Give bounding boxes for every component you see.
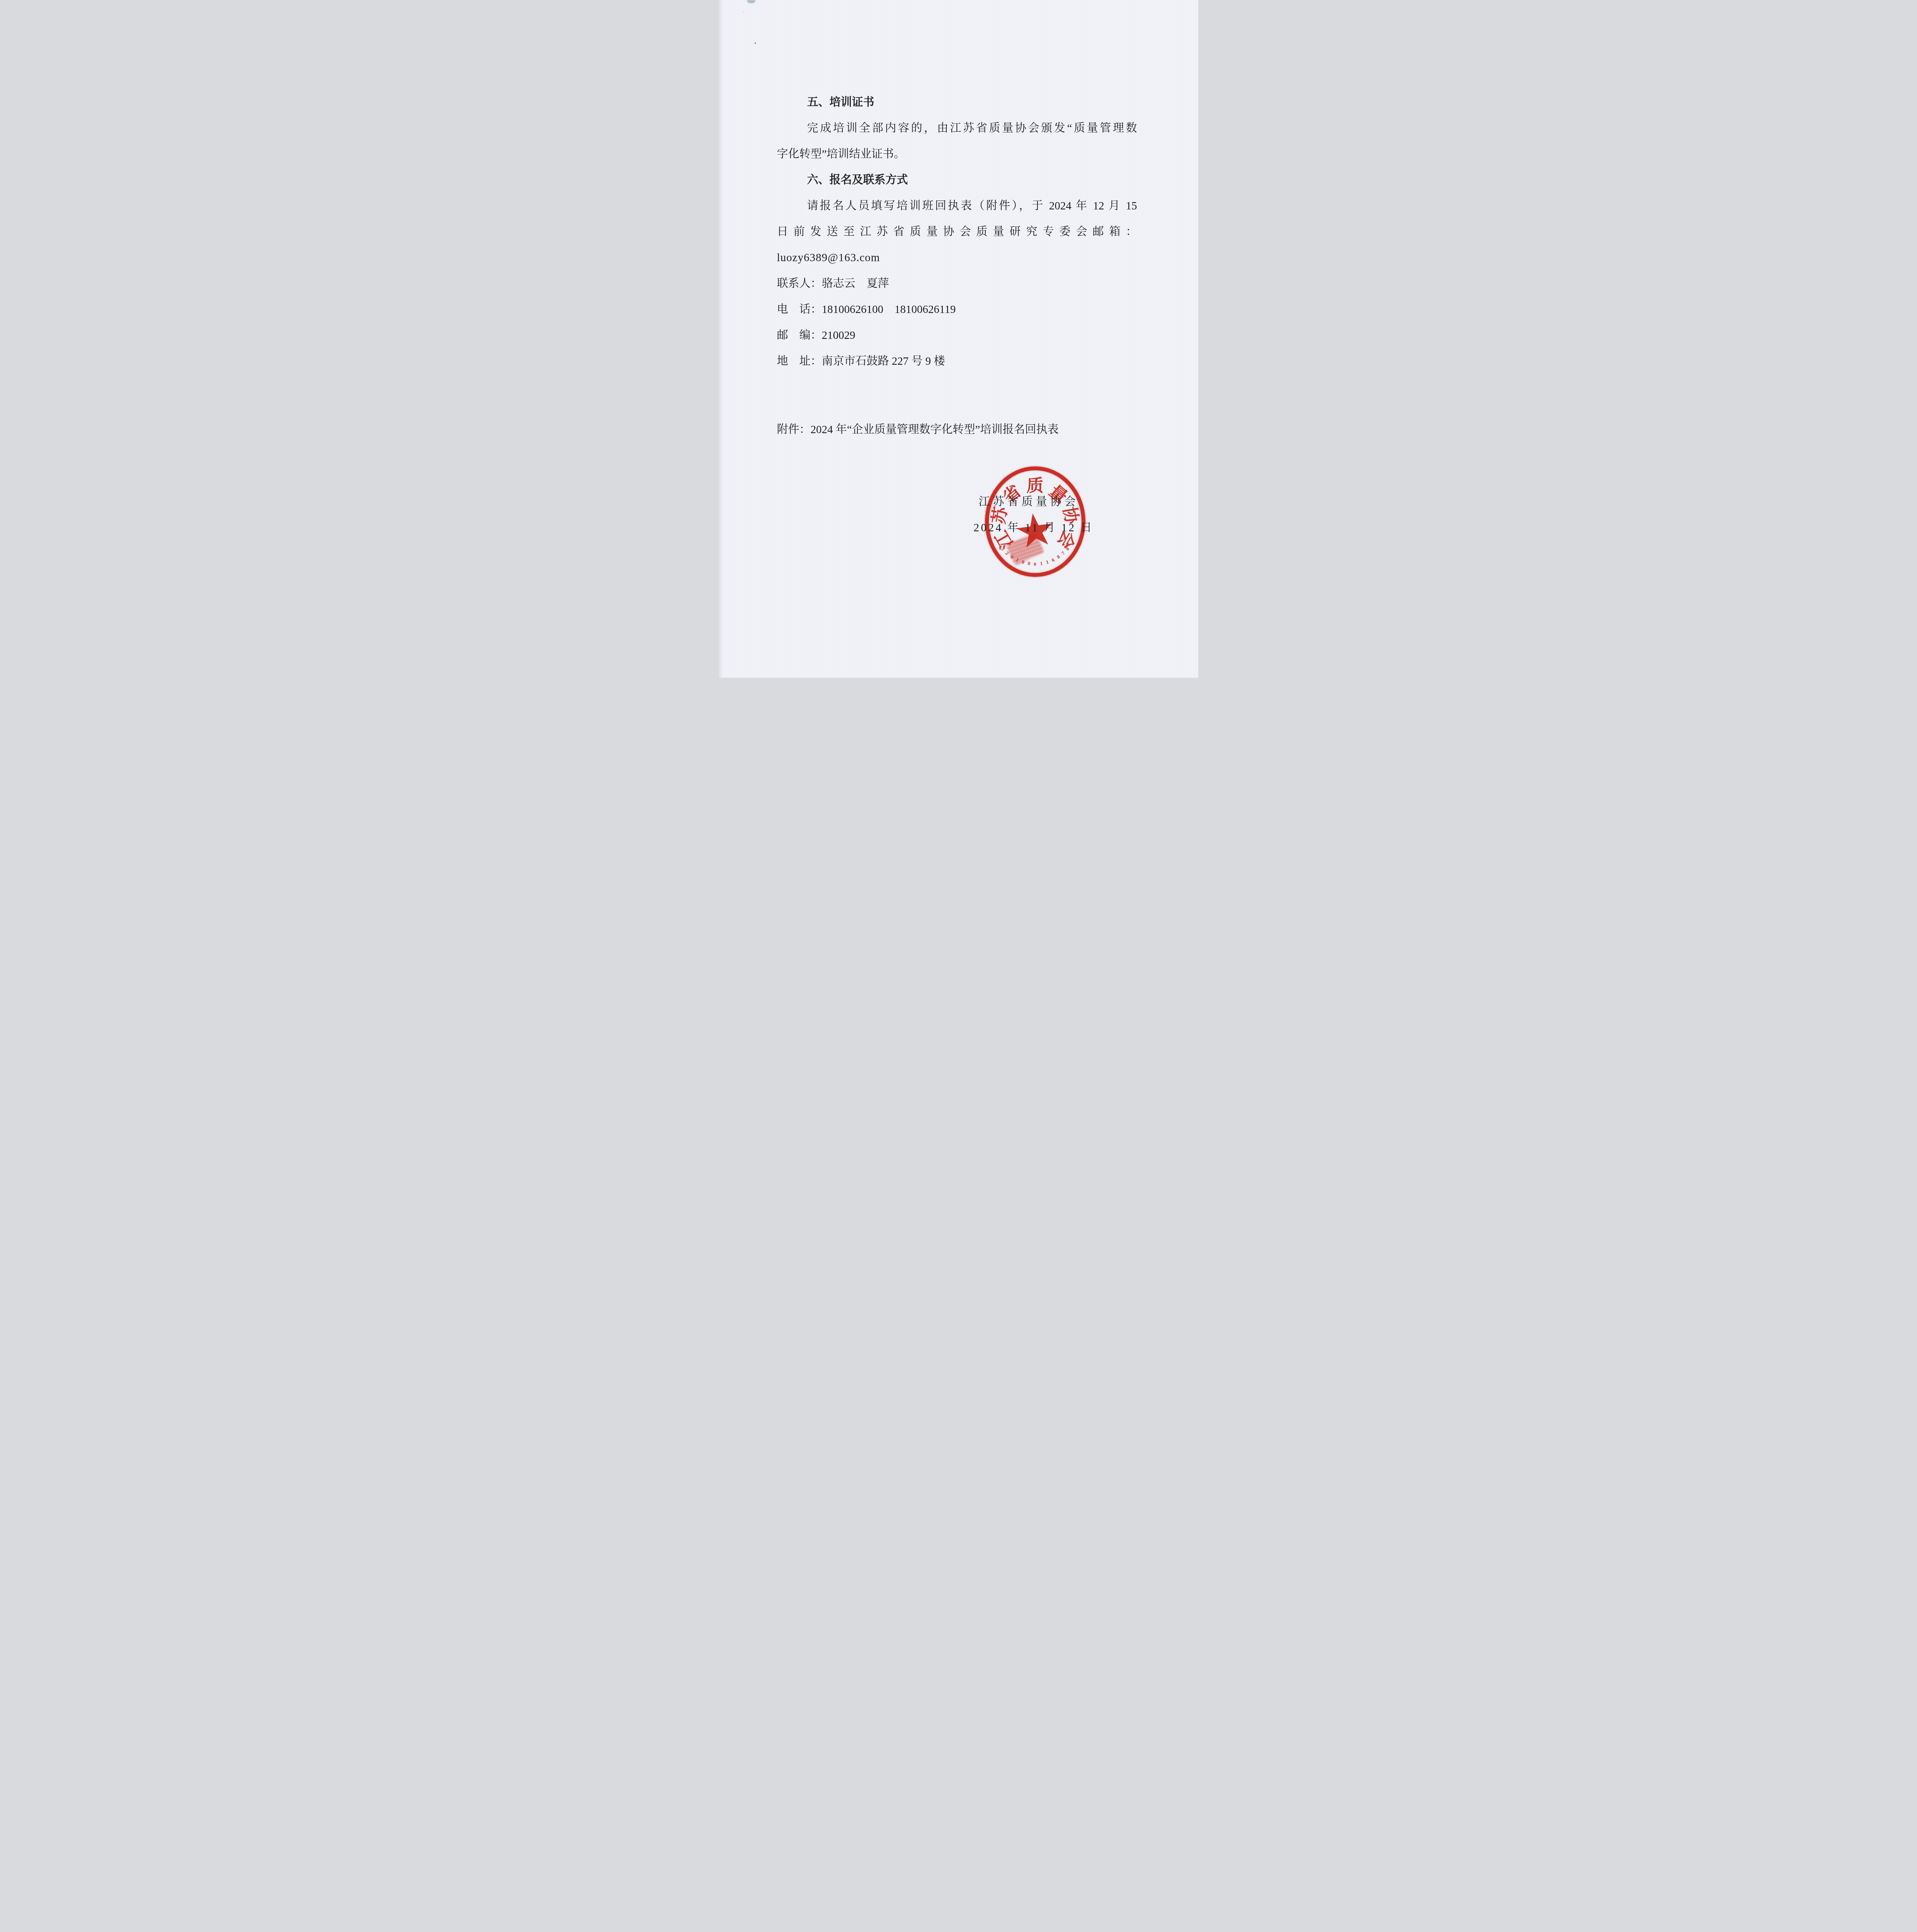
scan-speck: [755, 43, 756, 44]
section6-heading: 六、报名及联系方式: [777, 167, 1137, 193]
scan-speck: [743, 12, 744, 12]
seal-serial-digit: 1: [1039, 561, 1043, 566]
contact-email: luozy6389@163.com: [777, 245, 1137, 271]
section5-line1: 完成培训全部内容的，由江苏省质量协会颁发“质量管理数: [777, 116, 1137, 141]
signature-date: 2024 年 11 月 12 日: [777, 515, 1137, 541]
section6-line2: 日前发送至江苏省质量协会质量研究专委会邮箱：: [777, 219, 1137, 245]
section6-line1: 请报名人员填写培训班回执表（附件），于 2024 年 12 月 15: [777, 193, 1137, 219]
seal-serial-digit: 0: [1027, 561, 1031, 566]
section5-line2: 字化转型”培训结业证书。: [777, 141, 1137, 167]
scan-smudge: [747, 0, 755, 3]
seal-serial-digit: 0: [1034, 561, 1036, 566]
signature-org: 江苏省质量协会: [777, 489, 1137, 515]
contact-postcode: 邮 编：210029: [777, 323, 1137, 349]
contact-address: 地 址：南京市石鼓路 227 号 9 楼: [777, 349, 1137, 374]
attachment-line: 附件：2024 年“企业质量管理数字化转型”培训报名回执表: [777, 417, 1137, 443]
section5-heading: 五、培训证书: [777, 90, 1137, 116]
contact-phone: 电 话：18100626100 18100626119: [777, 297, 1137, 323]
document-content: 五、培训证书 完成培训全部内容的，由江苏省质量协会颁发“质量管理数 字化转型”培…: [777, 90, 1137, 541]
document-page: 江苏省质量协会 3201000116878 五、培训证书 完成培训全部内容的，由…: [719, 0, 1198, 678]
contact-person: 联系人：骆志云 夏萍: [777, 271, 1137, 297]
